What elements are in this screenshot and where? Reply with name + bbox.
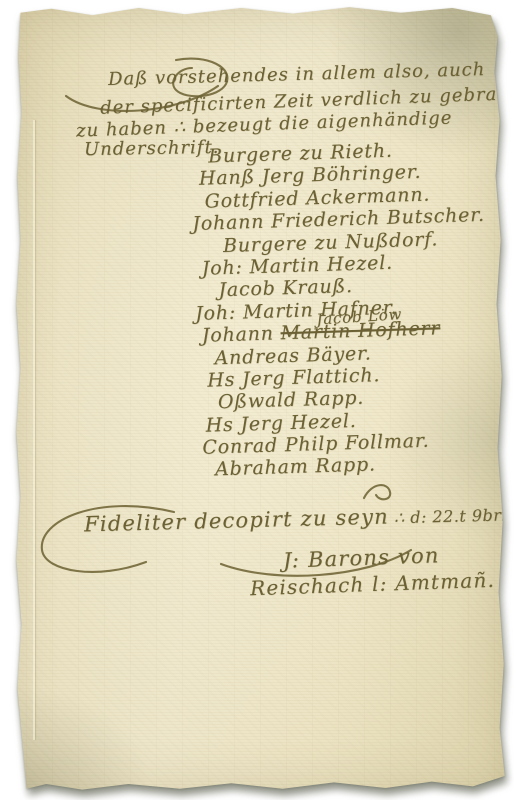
closing-date: ∴ d: 22.t 9bris: 1760.: [394, 504, 514, 528]
name-prefix: Johann: [202, 322, 281, 346]
witness-name-list: Burgere zu Rieth. Hanß Jerg Böhringer. G…: [0, 137, 493, 488]
manuscript-paper: Daß vorstehendes in allem also, auch der…: [0, 0, 514, 800]
scanned-page: Daß vorstehendes in allem also, auch der…: [0, 0, 514, 800]
end-of-list-flourish: [358, 478, 398, 504]
signature-name: J: Barons von: [283, 543, 440, 572]
paper-shadow: Daß vorstehendes in allem also, auch der…: [0, 0, 514, 800]
